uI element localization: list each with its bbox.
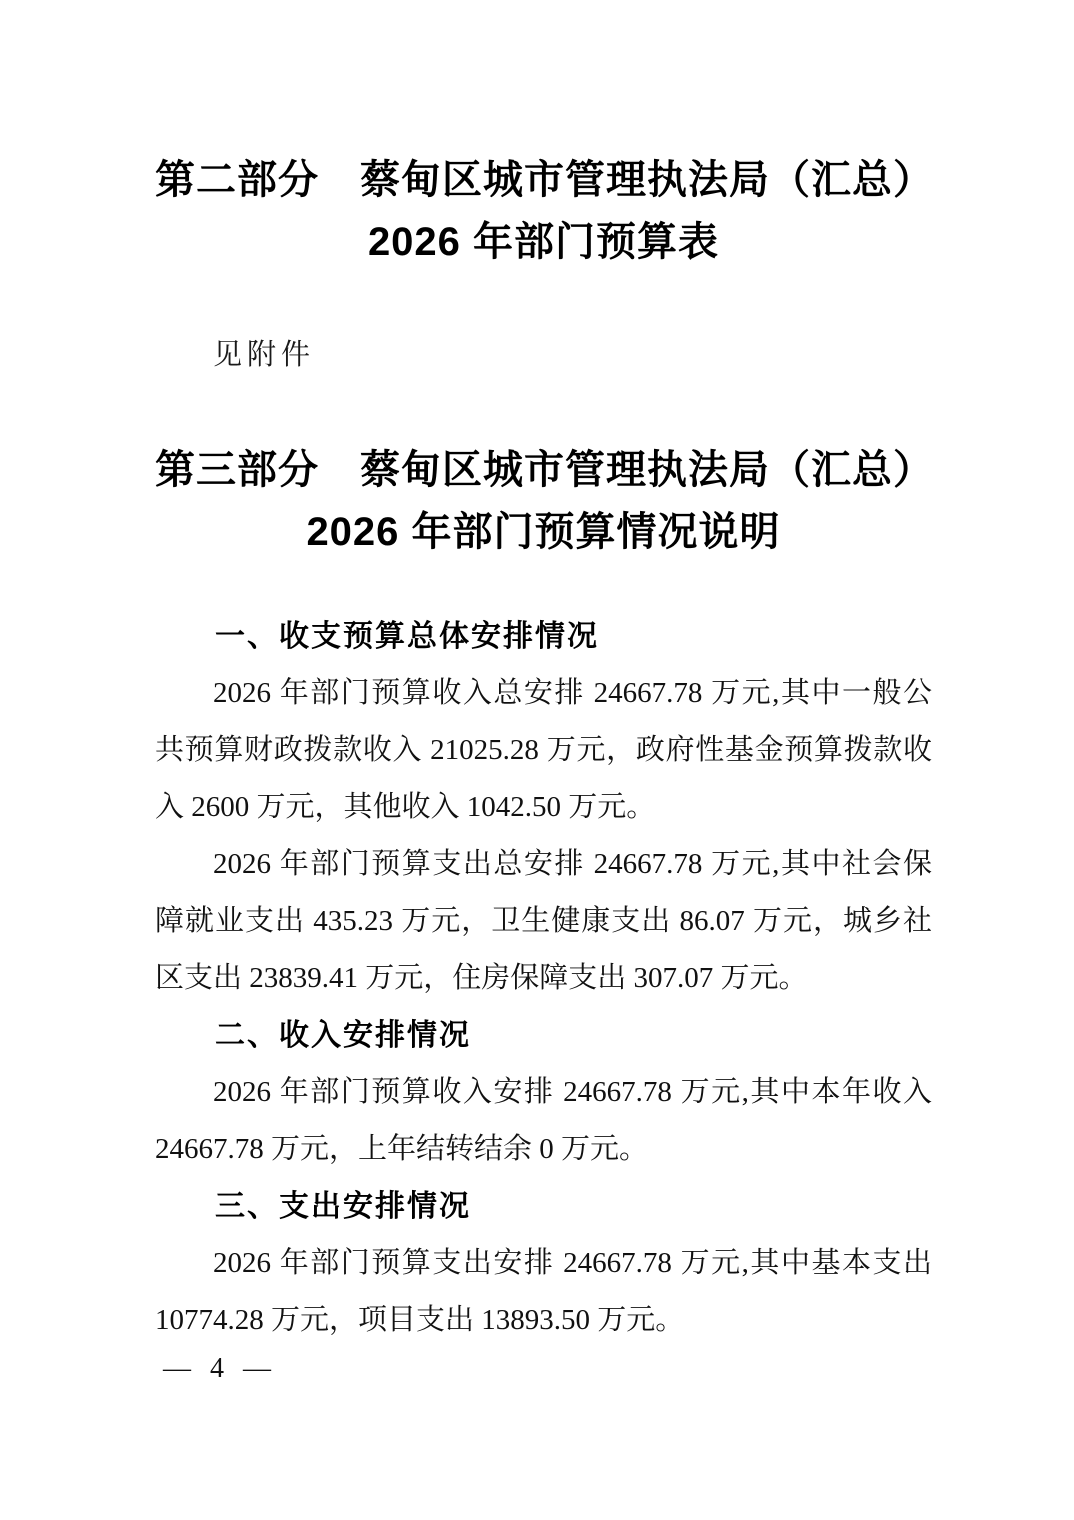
part3-title: 第三部分 蔡甸区城市管理执法局（汇总） 2026 年部门预算情况说明 bbox=[155, 439, 932, 563]
part2-title-line2: 2026 年部门预算表 bbox=[155, 211, 932, 273]
document-content: 第二部分 蔡甸区城市管理执法局（汇总） 2026 年部门预算表 见附件 第三部分… bbox=[155, 149, 932, 1349]
paragraph-line: 入 2600 万元，其他收入 1042.50 万元。 bbox=[155, 779, 932, 836]
paragraph-line: 2026 年部门预算收入总安排 24667.78 万元,其中一般公 bbox=[155, 665, 932, 722]
paragraph-line: 障就业支出 435.23 万元，卫生健康支出 86.07 万元，城乡社 bbox=[155, 893, 932, 950]
section-heading-expenditure: 三、支出安排情况 bbox=[155, 1178, 932, 1235]
paragraph-line: 2026 年部门预算支出总安排 24667.78 万元,其中社会保 bbox=[155, 836, 932, 893]
document-page: 第二部分 蔡甸区城市管理执法局（汇总） 2026 年部门预算表 见附件 第三部分… bbox=[0, 0, 1074, 1520]
page-number: — 4 — bbox=[163, 1352, 277, 1386]
paragraph-line: 2026 年部门预算收入安排 24667.78 万元,其中本年收入 bbox=[155, 1064, 932, 1121]
section-heading-income: 二、收入安排情况 bbox=[155, 1007, 932, 1064]
paragraph-line: 10774.28 万元，项目支出 13893.50 万元。 bbox=[155, 1292, 932, 1349]
paragraph-line: 区支出 23839.41 万元，住房保障支出 307.07 万元。 bbox=[155, 950, 932, 1007]
paragraph-line: 共预算财政拨款收入 21025.28 万元，政府性基金预算拨款收 bbox=[155, 722, 932, 779]
attachment-note: 见附件 bbox=[155, 335, 932, 375]
budget-notes-body: 一、收支预算总体安排情况 2026 年部门预算收入总安排 24667.78 万元… bbox=[155, 608, 932, 1349]
paragraph-line: 2026 年部门预算支出安排 24667.78 万元,其中基本支出 bbox=[155, 1235, 932, 1292]
section-heading-overall: 一、收支预算总体安排情况 bbox=[155, 608, 932, 665]
paragraph-line: 24667.78 万元，上年结转结余 0 万元。 bbox=[155, 1121, 932, 1178]
part3-title-line2: 2026 年部门预算情况说明 bbox=[155, 501, 932, 563]
part2-title-line1: 第二部分 蔡甸区城市管理执法局（汇总） bbox=[155, 149, 932, 211]
part2-title: 第二部分 蔡甸区城市管理执法局（汇总） 2026 年部门预算表 bbox=[155, 149, 932, 273]
part3-title-line1: 第三部分 蔡甸区城市管理执法局（汇总） bbox=[155, 439, 932, 501]
